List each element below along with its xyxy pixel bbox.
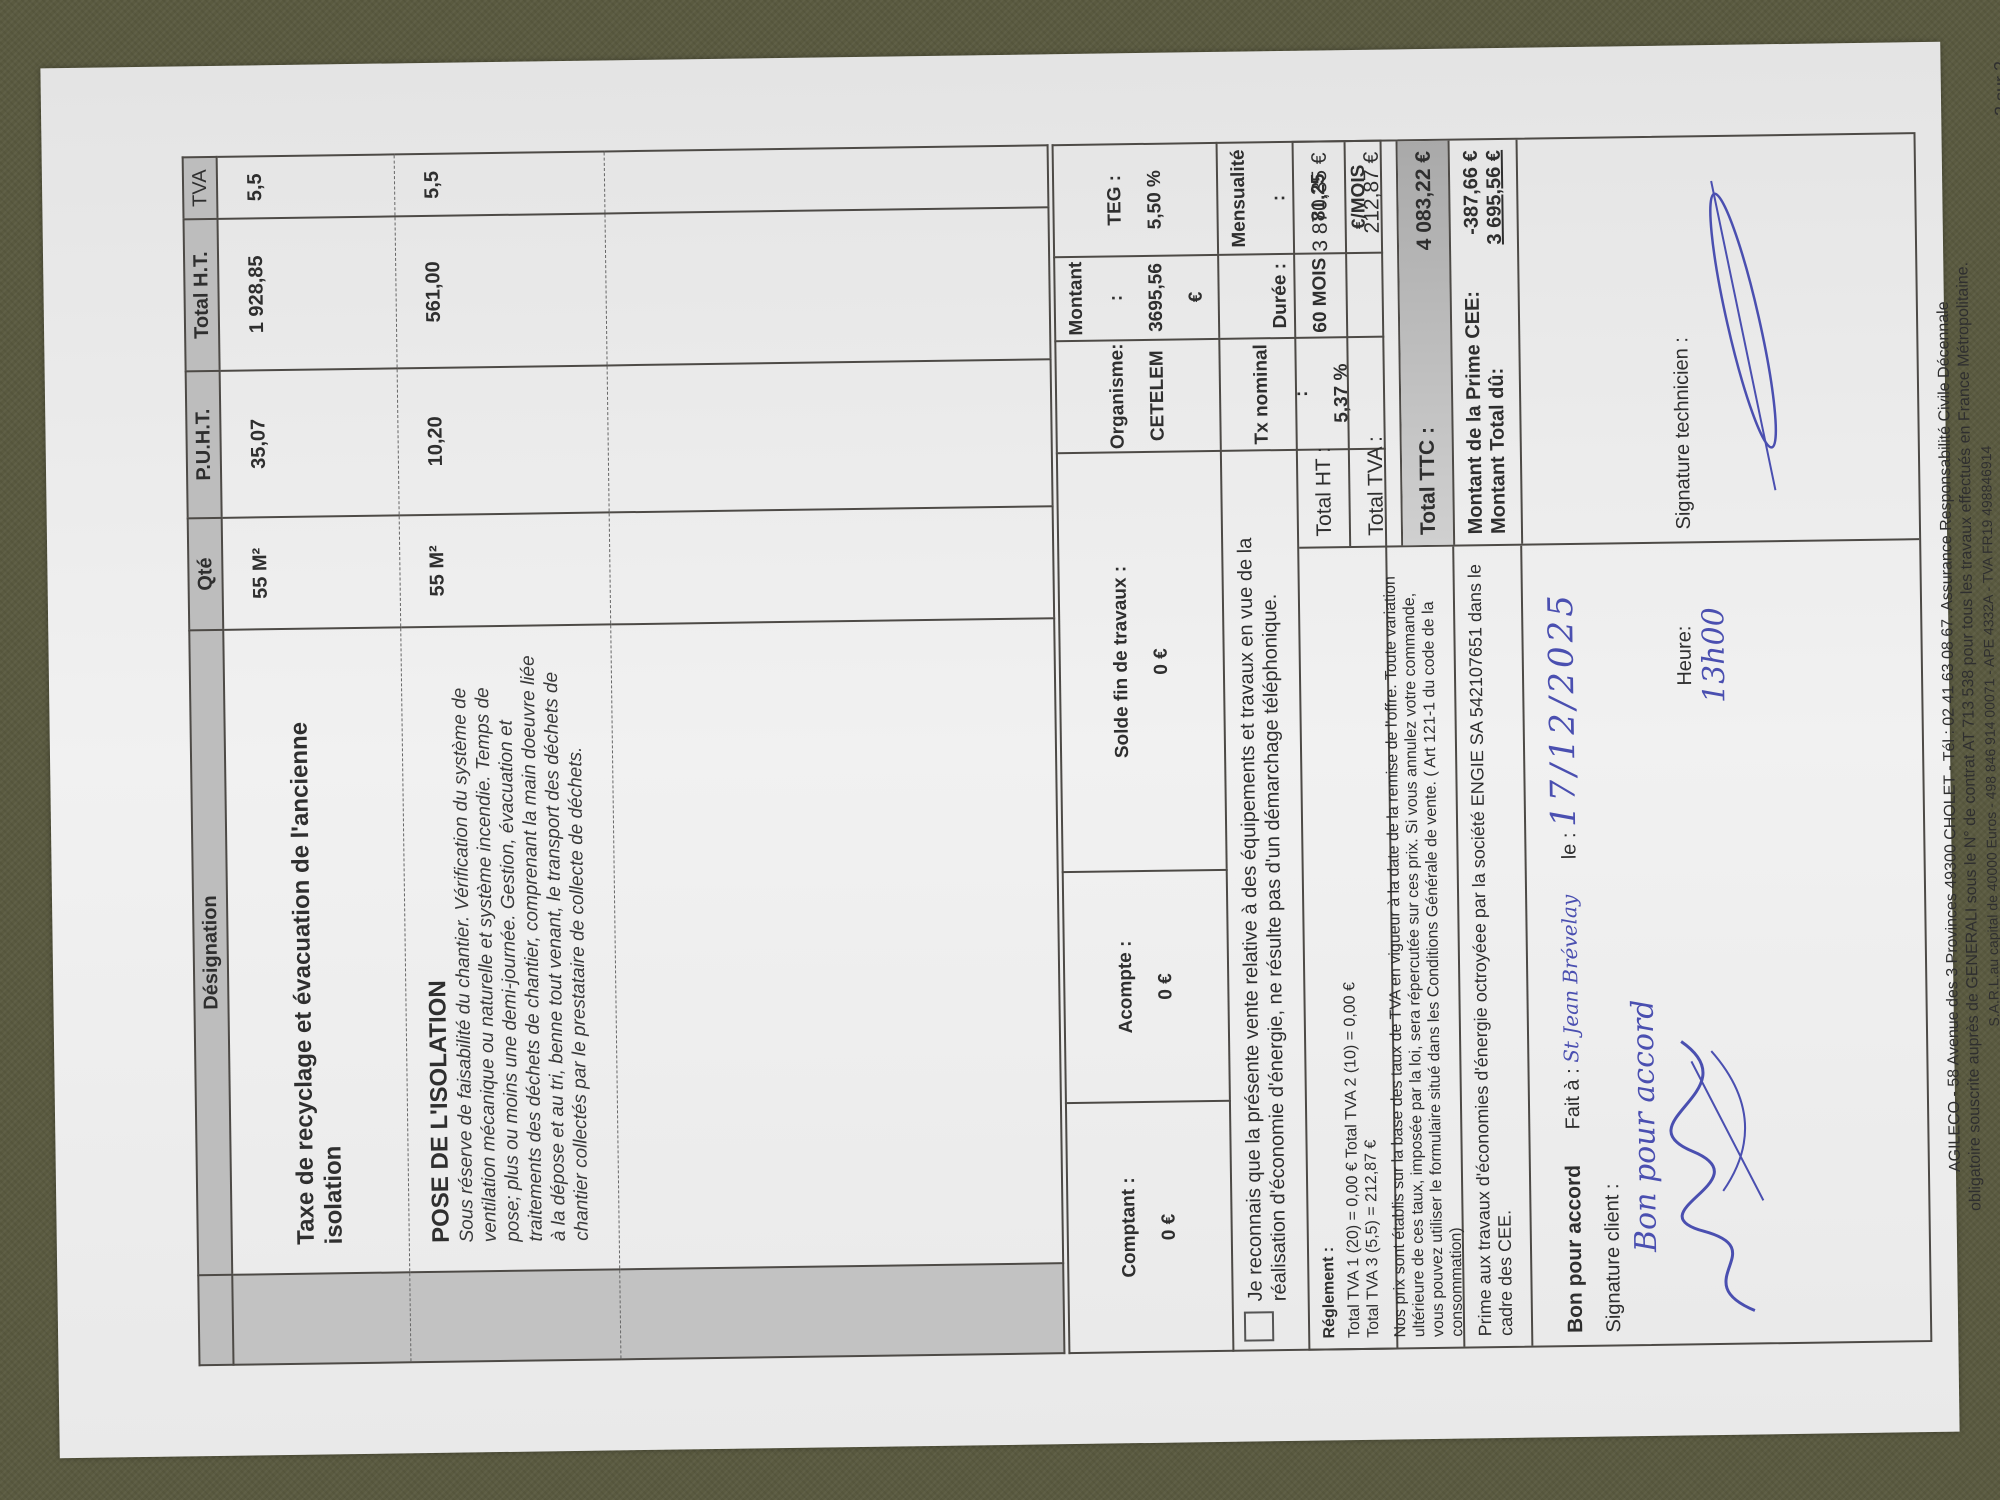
item-total-ht: 561,00: [395, 213, 607, 368]
declaration-checkbox[interactable]: [1244, 1311, 1274, 1341]
total-ht-value: 3 870,35 €: [1308, 152, 1331, 252]
prime-cee-label: Montant de la Prime CEE:: [1462, 291, 1488, 535]
item-unit-price: 35,07: [220, 368, 400, 517]
montant-value: 3695,56 €: [1136, 257, 1217, 338]
item-title: Taxe de recyclage et évacuation de l'anc…: [285, 649, 349, 1245]
total-tva-label: Total TVA :: [1364, 436, 1387, 536]
page-indicator: 2 sur 2: [1990, 61, 2000, 116]
header-qty: Qté: [188, 518, 224, 630]
teg-value: 5,50 %: [1135, 146, 1177, 254]
total-tva-value: 212,87 €: [1360, 152, 1383, 234]
total-ht-label: Total HT :: [1312, 447, 1335, 537]
header-unit-price: P.U.H.T.: [186, 371, 222, 518]
table-row: POSE DE L'ISOLATION Sous réserve de fais…: [394, 151, 621, 1362]
reglement-section: Réglement : Total TVA 1 (20) = 0,00 € To…: [1299, 547, 1465, 1349]
item-description: Sous réserve de faisabilité du chantier.…: [448, 646, 594, 1243]
summary-box: Réglement : Total TVA 1 (20) = 0,00 € To…: [1292, 132, 1933, 1351]
solde-label: Solde fin de travaux :: [1099, 454, 1145, 869]
technician-signature-scribble: [1691, 160, 1816, 502]
table-row: Taxe de recyclage et évacuation de l'anc…: [217, 154, 411, 1364]
item-qty: 55 M²: [222, 515, 401, 629]
price-notice: Nos prix sont établis sur la base des ta…: [1380, 557, 1467, 1338]
bon-pour-accord-label: Bon pour accord: [1562, 1165, 1587, 1333]
acompte-label: Acompte :: [1105, 873, 1148, 1101]
total-du-value: 3 695,56 €: [1483, 150, 1507, 245]
header-total-ht: Total H.T.: [184, 219, 220, 371]
header-spacer: [198, 1275, 233, 1365]
item-tva: 5,5: [217, 154, 395, 218]
organisme-value: CETELEM: [1137, 341, 1179, 450]
date-label: le :: [1558, 832, 1580, 859]
quote-page: Désignation Qté P.U.H.T. Total H.T. TVA …: [40, 42, 1959, 1458]
heure-value: 13h00: [1696, 607, 1732, 703]
fait-a-value: St Jean Brévelay: [1557, 895, 1583, 1063]
total-du-label: Montant Total dû:: [1486, 368, 1511, 535]
company-footer: AGILECO - 58 Avenue des 3 Provinces 4930…: [1930, 41, 2000, 1432]
fait-a-label: Fait à :: [1562, 1068, 1585, 1129]
item-qty: 55 M²: [399, 512, 611, 627]
reglement-title: Réglement :: [1309, 558, 1339, 1338]
declaration-text: Je reconnais que la présente vente relat…: [1232, 459, 1292, 1301]
teg-label: TEG :: [1095, 146, 1137, 254]
signature-section: Bon pour accord Fait à : St Jean Brévela…: [1522, 542, 1809, 1346]
items-table: Désignation Qté P.U.H.T. Total H.T. TVA …: [182, 144, 1066, 1366]
table-row-empty: [604, 145, 1064, 1359]
header-tva: TVA: [183, 157, 218, 219]
total-ttc-label: Total TTC :: [1416, 427, 1440, 535]
prime-cee-value: -387,66 €: [1460, 150, 1484, 235]
item-unit-price: 10,20: [397, 365, 609, 515]
date-value: 17/12/2025: [1541, 591, 1584, 828]
mensualite-label: Mensualité :: [1219, 144, 1300, 253]
organisme-label: Organisme:: [1097, 342, 1139, 451]
prime-notice: Prime aux travaux d'économies d'énergie …: [1454, 546, 1533, 1347]
montant-label: Montant :: [1056, 258, 1137, 339]
comptant-value: 0 €: [1148, 1104, 1191, 1350]
solde-value: 0 €: [1139, 454, 1185, 869]
client-signature-scribble: [1661, 1020, 1785, 1322]
client-handwriting: Bon pour accord: [1619, 556, 1664, 1252]
item-total-ht: 1 928,85: [218, 216, 398, 370]
heure-label: Heure:: [1673, 608, 1697, 704]
acompte-value: 0 €: [1145, 872, 1188, 1100]
item-tva: 5,5: [394, 151, 605, 216]
technician-signature-label: Signature technicien :: [1518, 137, 1697, 543]
comptant-label: Comptant :: [1108, 1104, 1151, 1350]
total-ttc-value: 4 083,22 €: [1412, 151, 1435, 251]
